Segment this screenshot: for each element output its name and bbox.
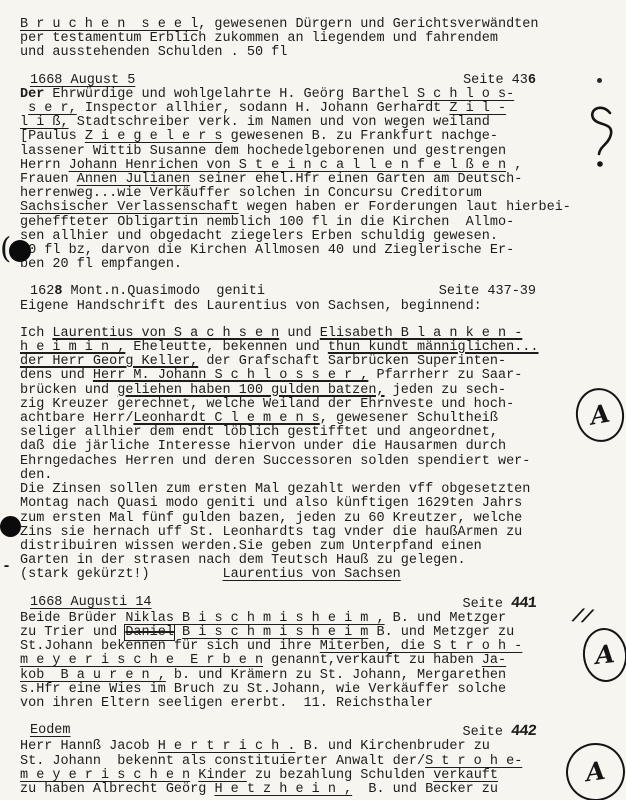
- text-segment: achtbare Herr/: [20, 411, 133, 426]
- text-line: und ausstehenden Schulden . 50 fl: [20, 46, 616, 60]
- text-line: dens und Herr M. Johann S c h l o s s e …: [20, 369, 616, 383]
- text-segment: Kinder: [198, 768, 247, 783]
- text-segment: Miterben, die S t r o h -: [320, 639, 523, 654]
- text-line: seliger allhier dem endt löblich gestiff…: [20, 426, 616, 440]
- entry-date: Eodem: [30, 724, 71, 740]
- text-line: daß die järliche Interesse hiervon under…: [20, 440, 616, 454]
- entry-header: EodemSeite 442: [20, 724, 616, 740]
- text-line: h e i m i n , Eheleutte, bekennen und th…: [20, 341, 616, 355]
- text-segment: dens und: [20, 368, 93, 383]
- text-segment: brücken und: [20, 383, 117, 398]
- text-segment: [Paulus: [20, 129, 85, 144]
- text-segment: 6: [528, 73, 536, 88]
- text-line: kob B a u r e n , b. und Krämern zu St. …: [20, 669, 616, 683]
- text-segment: Elisabeth B l a n k e n -: [320, 326, 523, 341]
- entry-header: 1668 Augusti 14Seite 441: [20, 596, 616, 612]
- text-segment: Die Zinsen sollen zum ersten Mal gezahlt…: [20, 482, 530, 497]
- text-segment: s e r,: [28, 101, 77, 116]
- text-line: Montag nach Quasi modo geniti und also k…: [20, 497, 616, 511]
- text-segment: daß die järliche Interesse hiervon under…: [20, 439, 506, 454]
- text-segment: 442: [510, 724, 536, 738]
- text-segment: 441: [510, 596, 536, 610]
- text-line: Herr Hannß Jacob H e r t r i c h . B. un…: [20, 740, 616, 754]
- text-segment: herrenweg...wie Verkäuffer solchen in Co…: [20, 186, 482, 201]
- text-segment: [20, 101, 28, 116]
- text-segment: S t r o h e-: [425, 754, 522, 769]
- text-segment: Annen Julianen: [77, 172, 190, 187]
- text-segment: Ehrwürdige und wohlgelahrte H. Geörg Bar…: [44, 87, 417, 102]
- text-segment: genannt,verkauft zu haben: [263, 653, 482, 668]
- text-line: achtbare Herr/Leonhardt C l e m e n s, g…: [20, 412, 616, 426]
- text-segment: Zins sie hernach uff St. Leonhardts tag …: [20, 525, 522, 540]
- text-segment: 50 fl bz, darvon die Kirchen Allmosen 40…: [20, 243, 514, 258]
- text-line: Der Ehrwürdige und wohlgelahrte H. Geörg…: [20, 88, 616, 102]
- text-segment: sen allhier und obgedacht ziegelers Erbe…: [20, 229, 498, 244]
- text-segment: H e r t r i c h .: [158, 739, 296, 754]
- text-segment: Beide Brüder: [20, 611, 125, 626]
- text-line: distribuiren wissen werden.Sie geben zum…: [20, 540, 616, 554]
- text-line: zig Kreuzer gerechnet, welche Weiland de…: [20, 398, 616, 412]
- text-segment: l i ß,: [20, 115, 69, 130]
- document-page: B r u c h e n s e e l, gewesenen Dürgern…: [0, 0, 626, 800]
- text-segment: 1668 August 5: [30, 73, 135, 88]
- entry-header: 1668 August 5Seite 436: [20, 74, 616, 88]
- text-segment: der Herr Georg Keller,: [20, 354, 198, 369]
- text-segment: ben 20 fl empfangen.: [20, 257, 182, 272]
- text-segment: jeden zu sech-: [385, 383, 507, 398]
- text-segment: Johann Henrichen von S t e i n c a l l e…: [69, 158, 506, 173]
- text-line: von ihren Eltern seeligen ererbt. 11. Re…: [20, 697, 616, 711]
- text-segment: Inspector allhier, sodann H. Johann Gerh…: [77, 101, 450, 116]
- text-segment: B. und Becker zu: [352, 782, 498, 797]
- text-segment: zum ersten Mal fünf gulden bazen, jeden …: [20, 511, 522, 526]
- text-segment: ,: [506, 158, 522, 173]
- text-segment: Laurentius von Sachsen: [223, 567, 401, 582]
- text-segment: B. und Metzger: [385, 611, 507, 626]
- text-segment: Eodem: [30, 723, 71, 738]
- text-segment: Sachsischer Verlassenschaft: [20, 200, 239, 215]
- text-line: Eigene Handschrift des Laurentius von Sa…: [20, 300, 616, 314]
- text-line: m e y e r i s c h e n Kinder zu bezahlun…: [20, 769, 616, 783]
- handwritten-double-slash: //: [571, 609, 591, 625]
- text-segment: zig Kreuzer gerechnet, welche Weiland de…: [20, 397, 514, 412]
- text-segment: der Grafschaft Sarbrücken Superinten-: [198, 354, 506, 369]
- text-segment: den.: [20, 468, 52, 483]
- page-reference: Seite 441: [462, 596, 536, 612]
- text-segment: und: [279, 326, 320, 341]
- page-reference: Seite 436: [463, 74, 536, 88]
- text-line: sen allhier und obgedacht ziegelers Erbe…: [20, 230, 616, 244]
- text-segment: Mont.n.Quasimodo geniti: [62, 284, 265, 299]
- text-line: geheffteter Obligartin nemblich 100 fl i…: [20, 216, 616, 230]
- text-segment: Herr Hannß Jacob: [20, 739, 158, 754]
- text-segment: , gewesener Schultheiß: [320, 411, 498, 426]
- text-line: St. Johann bekennt als constituierter An…: [20, 755, 616, 769]
- text-segment: Niklas B i s c h m i s h e i m ,: [125, 611, 384, 626]
- page-reference: Seite 442: [462, 724, 536, 740]
- text-segment: B. und Metzger zu: [368, 625, 514, 640]
- text-segment: B. und Kirchenbruder zu: [295, 739, 489, 754]
- text-segment: Der: [20, 87, 44, 102]
- text-segment: , gewesenen Dürgern und Gerichtsverwändt…: [198, 17, 538, 32]
- text-segment: St.Johann bekennen für sich und ihre: [20, 639, 320, 654]
- text-segment: [174, 625, 182, 640]
- entry-date: 1668 Augusti 14: [30, 596, 152, 612]
- text-segment: s.Hfr eine Wies im Bruch zu St.Johann, w…: [20, 682, 506, 697]
- text-segment: Herrn: [20, 158, 69, 173]
- entry-date: 1628 Mont.n.Quasimodo geniti: [30, 285, 265, 299]
- text-segment: B r u c h e n s e e l: [20, 17, 198, 32]
- text-line: s.Hfr eine Wies im Bruch zu St.Johann, w…: [20, 683, 616, 697]
- text-segment: Frauen: [20, 172, 77, 187]
- ink-blot: [0, 516, 21, 537]
- text-segment: Ehrngedaches Herren und deren Successore…: [20, 454, 530, 469]
- text-segment: H e t z h e i n ,: [214, 782, 352, 797]
- text-line: Sachsischer Verlassenschaft wegen haben …: [20, 201, 616, 215]
- entry-date: 1668 August 5: [30, 74, 135, 88]
- text-line: Herrn Johann Henrichen von S t e i n c a…: [20, 159, 616, 173]
- text-line: Garten in der strasen nach dem Teutsch H…: [20, 554, 616, 568]
- text-segment: 162: [30, 284, 54, 299]
- ink-speck: [597, 78, 602, 83]
- text-line: Zins sie hernach uff St. Leonhardts tag …: [20, 526, 616, 540]
- text-segment: Garten in der strasen nach dem Teutsch H…: [20, 553, 466, 568]
- text-segment: lassener Wittib Susanne dem hochedelgebo…: [20, 144, 506, 159]
- text-segment: St. Johann bekennt als constituierter An…: [20, 754, 425, 769]
- text-segment: Leonhardt C l e m e n s: [133, 411, 319, 426]
- text-segment: Seite: [462, 725, 511, 740]
- text-segment: Eigene Handschrift des Laurentius von Sa…: [20, 299, 482, 314]
- text-line: Ehrngedaches Herren und deren Successore…: [20, 455, 616, 469]
- text-segment: b. und Krämern zu St. Johann, Mergarethe…: [166, 668, 506, 683]
- text-segment: geheffteter Obligartin nemblich 100 fl i…: [20, 215, 514, 230]
- text-segment: Ja-: [482, 653, 506, 668]
- text-segment: S c h l o s-: [417, 87, 514, 102]
- ink-blot: [9, 240, 31, 262]
- margin-dash: -: [2, 560, 11, 574]
- text-segment: zu Trier und: [20, 625, 125, 640]
- text-line: zum ersten Mal fünf gulden bazen, jeden …: [20, 512, 616, 526]
- text-segment: h e i m i n ,: [20, 340, 125, 355]
- text-line: per testamentum Erblich zukommen an lieg…: [20, 32, 616, 46]
- text-line: lassener Wittib Susanne dem hochedelgebo…: [20, 145, 616, 159]
- text-line: s e r, Inspector allhier, sodann H. Joha…: [20, 102, 616, 116]
- text-segment: und ausstehenden Schulden . 50 fl: [20, 45, 287, 60]
- text-line: Ich Laurentius von S a c h s e n und Eli…: [20, 327, 616, 341]
- text-segment: gewesenen B. zu Frankfurt nachge-: [223, 129, 498, 144]
- text-segment: Daniel: [125, 625, 174, 640]
- text-line: der Herr Georg Keller, der Grafschaft Sa…: [20, 355, 616, 369]
- text-line: 50 fl bz, darvon die Kirchen Allmosen 40…: [20, 244, 616, 258]
- handwritten-question-mark: [584, 104, 618, 170]
- text-line: Beide Brüder Niklas B i s c h m i s h e …: [20, 612, 616, 626]
- text-segment: 1668 Augusti 14: [30, 595, 152, 610]
- text-segment: Z i l -: [449, 101, 506, 116]
- text-segment: Montag nach Quasi modo geniti und also k…: [20, 496, 522, 511]
- text-segment: Eheleutte, bekennen und: [125, 340, 328, 355]
- text-line: brücken und geliehen haben 100 gulden ba…: [20, 384, 616, 398]
- text-line: herrenweg...wie Verkäuffer solchen in Co…: [20, 187, 616, 201]
- text-segment: Seite: [462, 597, 511, 612]
- text-line: m e y e r i s c h e E r b e n genannt,ve…: [20, 654, 616, 668]
- text-segment: Herr M. Johann S c h l o s s e r ,: [93, 368, 368, 383]
- text-line: Die Zinsen sollen zum ersten Mal gezahlt…: [20, 483, 616, 497]
- document-text: B r u c h e n s e e l, gewesenen Dürgern…: [20, 18, 616, 797]
- text-segment: m e y e r i s c h e E r b e n: [20, 653, 263, 668]
- text-segment: Laurentius von S a c h s e n: [52, 326, 279, 341]
- text-segment: geliehen haben 100 gulden batzen,: [117, 383, 384, 398]
- text-line: den.: [20, 469, 616, 483]
- text-line: ben 20 fl empfangen.: [20, 258, 616, 272]
- text-segment: kob B a u r e n ,: [20, 668, 166, 683]
- text-line: (stark gekürzt!) Laurentius von Sachsen: [20, 568, 616, 582]
- page-reference: Seite 437-39: [439, 285, 536, 299]
- entry-header: 1628 Mont.n.Quasimodo genitiSeite 437-39: [20, 285, 616, 299]
- text-segment: von ihren Eltern seeligen ererbt. 11. Re…: [20, 696, 433, 711]
- text-segment: seiner ehel.Hfr einen Garten am Deutsch-: [190, 172, 522, 187]
- text-segment: Stadtschreiber verk. im Namen und von we…: [69, 115, 490, 130]
- text-line: zu Trier und Daniel B i s c h m i s h e …: [20, 626, 616, 640]
- text-segment: distribuiren wissen werden.Sie geben zum…: [20, 539, 482, 554]
- text-segment: zu haben Albrecht Geörg: [20, 782, 214, 797]
- text-segment: m e y e r i s c h e n: [20, 768, 190, 783]
- text-segment: Z i e g e l e r s: [85, 129, 223, 144]
- text-line: St.Johann bekennen für sich und ihre Mit…: [20, 640, 616, 654]
- text-segment: verkauft: [433, 768, 498, 783]
- text-segment: seliger allhier dem endt löblich gestiff…: [20, 425, 498, 440]
- text-segment: thun kundt männiglichen...: [328, 340, 539, 355]
- text-segment: Seite 437-39: [439, 284, 536, 299]
- text-segment: wegen haben er Forderungen laut hierbei-: [239, 200, 571, 215]
- text-line: [Paulus Z i e g e l e r s gewesenen B. z…: [20, 130, 616, 144]
- text-segment: Seite 43: [463, 73, 528, 88]
- text-segment: per testamentum Erblich zukommen an lieg…: [20, 31, 498, 46]
- text-line: Frauen Annen Julianen seiner ehel.Hfr ei…: [20, 173, 616, 187]
- text-segment: zu bezahlung Schulden: [247, 768, 433, 783]
- text-line: B r u c h e n s e e l, gewesenen Dürgern…: [20, 18, 616, 32]
- text-line: l i ß, Stadtschreiber verk. im Namen und…: [20, 116, 616, 130]
- text-segment: (stark gekürzt!): [20, 567, 223, 582]
- text-line: zu haben Albrecht Geörg H e t z h e i n …: [20, 783, 616, 797]
- text-segment: Ich: [20, 326, 52, 341]
- text-segment: Pfarrherr zu Saar-: [368, 368, 522, 383]
- text-segment: B i s c h m i s h e i m: [182, 625, 368, 640]
